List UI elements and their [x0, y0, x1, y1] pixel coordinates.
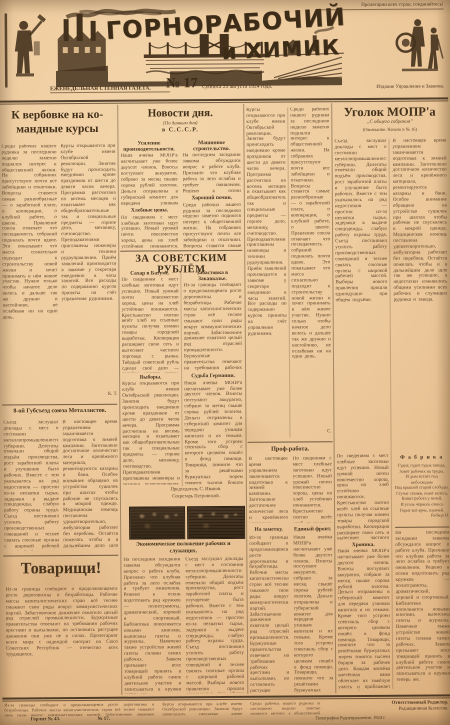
article-text: Съезд заслушал доклады с мест о состояни… [334, 139, 388, 449]
article-text: Курсы открываются при клубе имени Октябр… [246, 108, 287, 436]
headline-comrades: Товарищи! [3, 560, 118, 579]
footer-issue-number: № 17. [97, 717, 110, 722]
article-text: На последнем заседании завкома обсуждалс… [123, 557, 181, 693]
subhead-chronicle: Хроника. [337, 542, 389, 549]
secretary-signature: Секретарь Петровский. [151, 494, 241, 500]
article-text: Из-за границы сообщают о продолжающемся … [249, 536, 289, 693]
publisher-caption: Издание Управления и Завкома. [328, 84, 444, 90]
section-rule [120, 250, 242, 252]
subhead-elections: Выборы. [122, 375, 179, 382]
article-text: Среди рабочих нашего рудника за последню… [290, 107, 331, 427]
subhead-germany-fate: Судьба Германии. [184, 373, 242, 380]
editor-signature: Ответственный Редактор. [332, 700, 448, 706]
printer-imprint: Типография Рудоуправления. 1924 г. [252, 714, 448, 720]
headline-mopr-corner: Уголок МОПР'а [333, 104, 446, 120]
section-rule [395, 526, 449, 527]
headline-recruit-courses: К вербовке на ко- мандные курсы [0, 108, 114, 138]
article-text: В настоящее время управлением заканчивае… [392, 138, 448, 448]
subhead-united-front: Единый фронт. [293, 526, 332, 532]
poem-verse: Гудит, гудит гудок завода, Зовёт рабочих… [395, 462, 449, 513]
section-rule [248, 441, 333, 443]
subhead-good-start: Хороший почин. [183, 195, 241, 202]
subhead-productivity: Усиление производительности. [120, 140, 177, 153]
engraving-photo-left [129, 506, 185, 539]
subhead-sugar-batum: Сахар в Батуме. [121, 270, 178, 277]
section-rule [3, 555, 118, 557]
article-text: Наша ячейка МОПР'а насчитывает уже более… [184, 380, 243, 484]
article-text: Среди рабочих нашего рудника за последню… [1, 144, 58, 396]
article-text: По сведениям с мест хлебные заготовки ид… [337, 454, 390, 540]
column-rule-sub-a [180, 268, 183, 486]
footer-text: Курсы открываются при клубе имени Октябр… [162, 702, 242, 716]
article-text: Из-за границы сообщают о продолжающемся … [183, 283, 242, 371]
article-text: Курсы открываются при клубе имени Октябр… [122, 382, 180, 485]
article-text: Из-за границы сообщают о продолжающемся … [6, 587, 119, 694]
headline-union-work: Проф-работа. [248, 445, 333, 453]
subhead-bread-prices: Хлебные цены. [121, 208, 178, 215]
article-text: На последнем заседании завкома обсуждалс… [395, 530, 450, 690]
worker-vignette-left-icon [4, 11, 49, 91]
article-text: Курсы открываются при клубе имени Октябр… [60, 144, 117, 389]
poem-title: Ф а б р и к а [395, 454, 449, 461]
issue-number: № 17 [166, 76, 198, 92]
article-text: Наша ячейка МОПР'а насчитывает уже более… [337, 549, 390, 691]
mopr-left-continued: По сведениям с мест хлебные заготовки ид… [337, 454, 391, 691]
ruble-subcolumn: Сахар в Батуме. По сведениям с мест хлеб… [121, 268, 180, 484]
editorial-board-signature: Редакционная Коллегия. [332, 706, 448, 712]
engraving-photo-right [187, 506, 245, 539]
article-text: Наша ячейка МОПР'а насчитывает уже более… [121, 154, 178, 206]
section-rule [2, 404, 117, 406]
author-initials: С. [292, 429, 331, 434]
news-subcolumn: Усиление производительности. Наша ячейка… [120, 138, 178, 248]
article-text: На последнем заседании завкома обсуждалс… [183, 153, 241, 193]
headline-economic-situation: Экономическое положение рабочих и служащ… [123, 541, 243, 556]
footer-text: Среди рабочих нашего рудника за последню… [250, 701, 320, 714]
mopr-subtitle-2: (Окончание. Начало в № 16) [333, 126, 446, 132]
ruble-subcolumn: Забастовка в Закавказье. Из-за границы с… [183, 268, 243, 484]
poem-signature: Рабкор Н. [395, 512, 449, 517]
article-text: По сведениям с мест хлебные заготовки ид… [121, 215, 178, 249]
subhead-take-note: На заметку. [249, 527, 288, 533]
news-note: (По данным дня) [119, 121, 241, 127]
news-region: в С.С.С.Р. [119, 127, 241, 134]
article-text: В настоящее время управлением заканчивае… [249, 457, 288, 523]
article-text: Съезд заслушал доклады с мест о состояни… [3, 420, 59, 550]
article-text: Съезд заслушал доклады с мест о состояни… [185, 557, 244, 693]
newspaper-page: Пролетарии всех стран, соединяйтесь! [0, 0, 450, 725]
article-text: По сведениям с мест хлебные заготовки ид… [293, 456, 332, 522]
mopr-subtitle: „С общего собрания” [333, 119, 446, 125]
article-text: Наша ячейка МОПР'а насчитывает уже более… [293, 535, 333, 692]
worker-vignette-right-icon [394, 8, 445, 88]
headline-metal-congress: 8-ой Губсъезд союза Металлистов. [2, 408, 117, 415]
weekly-caption: ЕЖЕНЕДЕЛЬНАЯ СТЕННАЯ ГАЗЕТА. [50, 85, 170, 93]
author-initials: К. Т. [62, 392, 117, 397]
headline-news-of-day: Новости дня. [119, 107, 241, 120]
issue-date: Суббота 23 августа 1924 года. [202, 84, 272, 90]
censor-number: Горлит № 43. [30, 717, 60, 722]
article-text: В настоящее время управлением заканчивае… [62, 420, 118, 550]
news-subcolumn: Машинное строительство. На последнем зас… [182, 138, 241, 248]
article-text: Среди рабочих нашего рудника за последню… [183, 202, 241, 248]
article-text: По сведениям с мест хлебные заготовки ид… [121, 278, 179, 373]
subhead-machines: Машинное строительство. [182, 140, 240, 153]
officials-signatures: Председатель С. Иванов. [151, 487, 241, 494]
subhead-strike-transcaucasia: Забастовка в Закавказье. [183, 270, 241, 283]
footer-text: Из-за границы сообщают о продолжающемся … [4, 703, 154, 717]
